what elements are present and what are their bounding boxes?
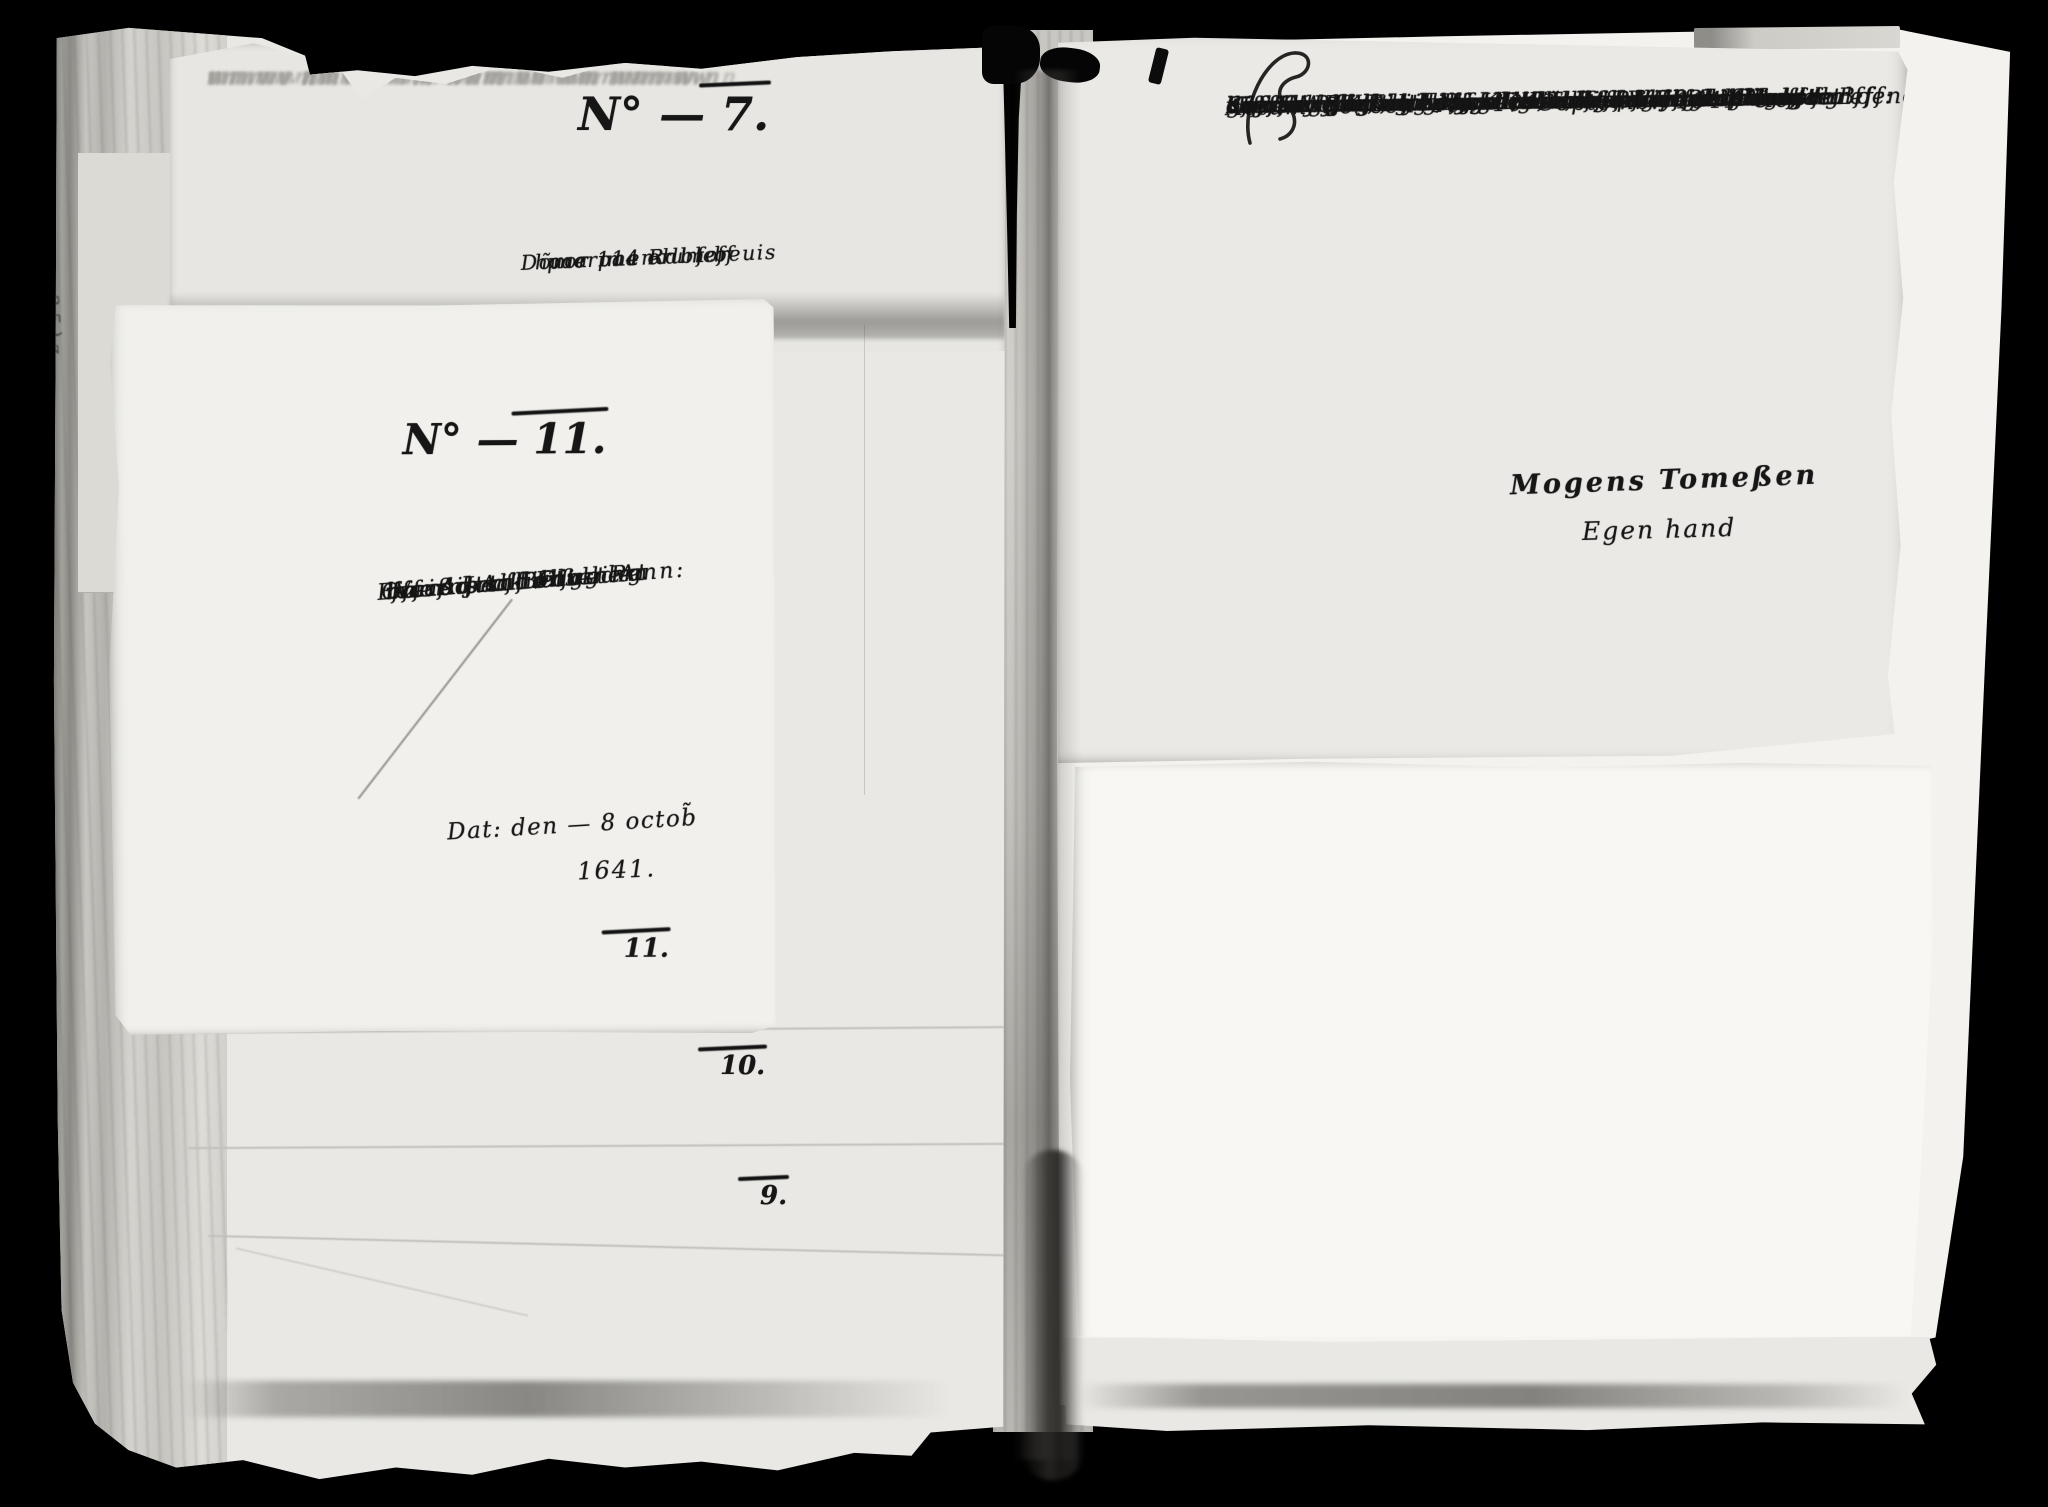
document-number-7: N° — 7. — [578, 87, 769, 141]
document-stack-left: 35)ʒ m nv snw vm nnw m vnw mw nvm wn vn … — [52, 25, 1007, 1485]
under-sheet-edge — [188, 1143, 1004, 1149]
under-sheet-corner-edge — [236, 1247, 529, 1316]
document-number-11: N° — 11. — [402, 414, 606, 464]
signature-name: Mogens Tomeßen — [1510, 460, 1819, 502]
paper-crease — [864, 325, 865, 795]
receipt-body-text: Kiendis Jeg mig Mogens Thomeßen glarmest… — [1226, 82, 1916, 92]
bottom-smudge — [182, 1381, 952, 1417]
docket-note: Dõmer mendum beuis paa 114 Rdl for huor… — [520, 234, 840, 248]
sheet-number-9: 9. — [760, 1181, 787, 1211]
number-prefix: N° — [402, 415, 462, 464]
number-prefix: N° — [578, 87, 643, 141]
cover-sheet-no-11: N° — 11. Beuiß paa Betalling for Adtschi… — [106, 299, 778, 1037]
signature-own-hand: Egen hand — [1582, 513, 1737, 546]
number-dash: — — [659, 87, 705, 141]
initial-flourish — [1236, 47, 1328, 151]
number-value: 11. — [624, 934, 669, 964]
gutter-crease-dark — [1022, 1150, 1084, 1480]
sheet-number-11: 11. — [624, 934, 669, 964]
content-summary: Beuiß paa Betalling for Adtschillige Pen… — [376, 545, 765, 575]
docket-note-line: huor paa er bleff — [534, 239, 735, 279]
page-edge-tab — [1694, 26, 1900, 50]
number-value: 7. — [721, 87, 769, 141]
date-year: 1641. — [577, 854, 657, 885]
number-value: 9. — [760, 1181, 787, 1211]
pen-slash — [357, 599, 513, 800]
number-value: 10. — [720, 1051, 765, 1081]
bottom-smudge — [1078, 1384, 1906, 1408]
number-dash: — — [476, 415, 518, 464]
blank-overlay-sheet — [1070, 760, 1934, 1342]
date-line: Dat: den — 8 octob̃ — [446, 805, 698, 846]
sheet-number-10: 10. — [720, 1051, 765, 1081]
archive-scan: 35)ʒ m nv snw vm nnw m vnw mw nvm wn vn … — [0, 0, 2048, 1507]
summary-line: Vere Jndkiøbt — [394, 560, 580, 611]
receipt-page: Kiendis Jeg mig Mogens Thomeßen glarmest… — [1058, 37, 1910, 763]
under-sheet-edge — [208, 1235, 1038, 1257]
number-value: 11. — [533, 414, 606, 463]
margin-annotation: 35)ʒ — [40, 293, 67, 361]
